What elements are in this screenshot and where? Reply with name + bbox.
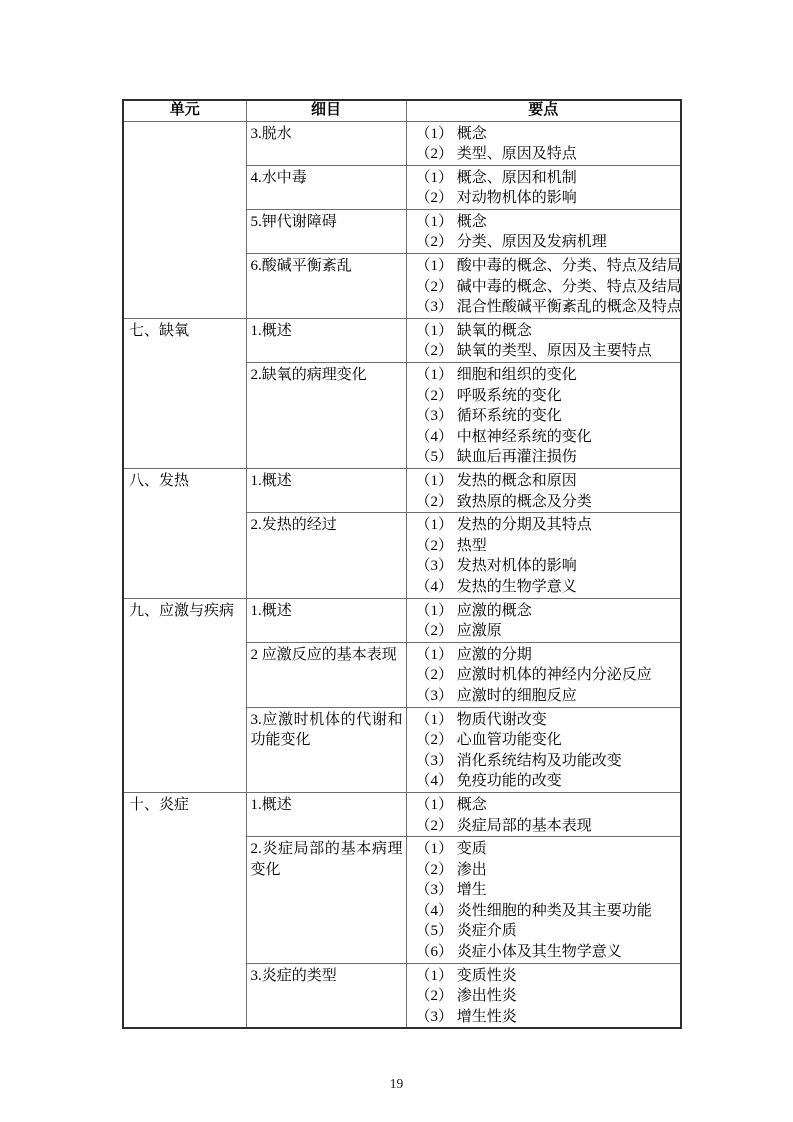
point-line: （2） 呼吸系统的变化 xyxy=(416,386,677,407)
point-line: （2） 应激原 xyxy=(416,621,677,642)
points-cell: （1） 发热的分期及其特点（2） 热型（3） 发热对机体的影响（4） 发热的生物… xyxy=(406,513,681,598)
table-row: 八、发热1.概述（1） 发热的概念和原因（2） 致热原的概念及分类 xyxy=(123,469,681,513)
point-line: （1） 概念 xyxy=(416,124,677,145)
table-row: 七、缺氧1.概述（1） 缺氧的概念（2） 缺氧的类型、原因及主要特点 xyxy=(123,318,681,362)
point-line: （2） 对动物机体的影响 xyxy=(416,188,677,209)
table-row: 3.脱水（1） 概念（2） 类型、原因及特点 xyxy=(123,121,681,165)
points-cell: （1） 概念（2） 类型、原因及特点 xyxy=(406,121,681,165)
points-cell: （1） 概念（2） 分类、原因及发病机理 xyxy=(406,209,681,253)
point-line: （2） 分类、原因及发病机理 xyxy=(416,232,677,253)
point-line: （1） 变质 xyxy=(416,839,677,860)
unit-cell: 十、炎症 xyxy=(123,792,246,1028)
item-cell: 3.脱水 xyxy=(246,121,406,165)
point-line: （1） 发热的分期及其特点 xyxy=(416,515,677,536)
points-cell: （1） 发热的概念和原因（2） 致热原的概念及分类 xyxy=(406,469,681,513)
points-cell: （1） 应激的概念（2） 应激原 xyxy=(406,598,681,642)
document-page: 单元 细目 要点 3.脱水（1） 概念（2） 类型、原因及特点4.水中毒（1） … xyxy=(0,0,793,1122)
points-cell: （1） 物质代谢改变（2） 心血管功能变化（3） 消化系统结构及功能改变（4） … xyxy=(406,707,681,792)
points-cell: （1） 概念（2） 炎症局部的基本表现 xyxy=(406,792,681,836)
item-cell: 1.概述 xyxy=(246,469,406,513)
item-cell: 1.概述 xyxy=(246,792,406,836)
item-cell: 3.炎症的类型 xyxy=(246,963,406,1028)
point-line: （2） 热型 xyxy=(416,536,677,557)
item-cell: 4.水中毒 xyxy=(246,165,406,209)
unit-cell: 八、发热 xyxy=(123,469,246,599)
point-line: （2） 应激时机体的神经内分泌反应 xyxy=(416,665,677,686)
item-cell: 1.概述 xyxy=(246,598,406,642)
item-cell: 5.钾代谢障碍 xyxy=(246,209,406,253)
point-line: （3） 发热对机体的影响 xyxy=(416,556,677,577)
point-line: （3） 增生性炎 xyxy=(416,1007,677,1028)
point-line: （1） 概念、原因和机制 xyxy=(416,168,677,189)
point-line: （1） 变质性炎 xyxy=(416,966,677,987)
unit-cell xyxy=(123,121,246,318)
item-cell: 1.概述 xyxy=(246,318,406,362)
item-cell: 3.应激时机体的代谢和功能变化 xyxy=(246,707,406,792)
item-cell: 2 应激反应的基本表现 xyxy=(246,642,406,707)
unit-cell: 七、缺氧 xyxy=(123,318,246,468)
points-cell: （1） 变质性炎（2） 渗出性炎（3） 增生性炎 xyxy=(406,963,681,1028)
point-line: （1） 细胞和组织的变化 xyxy=(416,365,677,386)
point-line: （1） 缺氧的概念 xyxy=(416,321,677,342)
points-cell: （1） 变质（2） 渗出（3） 增生（4） 炎性细胞的种类及其主要功能（5） 炎… xyxy=(406,837,681,964)
point-line: （5） 炎症介质 xyxy=(416,921,677,942)
table-row: 十、炎症1.概述（1） 概念（2） 炎症局部的基本表现 xyxy=(123,792,681,836)
point-line: （3） 应激时的细胞反应 xyxy=(416,686,677,707)
unit-cell: 九、应激与疾病 xyxy=(123,598,246,792)
point-line: （2） 致热原的概念及分类 xyxy=(416,492,677,513)
point-line: （3） 混合性酸碱平衡紊乱的概念及特点 xyxy=(416,297,677,318)
points-cell: （1） 应激的分期（2） 应激时机体的神经内分泌反应（3） 应激时的细胞反应 xyxy=(406,642,681,707)
item-cell: 2.发热的经过 xyxy=(246,513,406,598)
point-line: （1） 酸中毒的概念、分类、特点及结局 xyxy=(416,256,677,277)
point-line: （2） 缺氧的类型、原因及主要特点 xyxy=(416,341,677,362)
point-line: （1） 发热的概念和原因 xyxy=(416,471,677,492)
point-line: （5） 缺血后再灌注损伤 xyxy=(416,447,677,468)
point-line: （3） 增生 xyxy=(416,880,677,901)
point-line: （2） 炎症局部的基本表现 xyxy=(416,816,677,837)
header-row: 单元 细目 要点 xyxy=(123,100,681,121)
point-line: （1） 应激的分期 xyxy=(416,645,677,666)
point-line: （1） 物质代谢改变 xyxy=(416,710,677,731)
points-cell: （1） 细胞和组织的变化（2） 呼吸系统的变化（3） 循环系统的变化（4） 中枢… xyxy=(406,363,681,469)
point-line: （1） 概念 xyxy=(416,795,677,816)
points-cell: （1） 缺氧的概念（2） 缺氧的类型、原因及主要特点 xyxy=(406,318,681,362)
column-header-points: 要点 xyxy=(406,100,681,121)
syllabus-table: 单元 细目 要点 3.脱水（1） 概念（2） 类型、原因及特点4.水中毒（1） … xyxy=(122,99,682,1029)
column-header-unit: 单元 xyxy=(123,100,246,121)
point-line: （1） 应激的概念 xyxy=(416,601,677,622)
table-row: 九、应激与疾病1.概述（1） 应激的概念（2） 应激原 xyxy=(123,598,681,642)
point-line: （2） 渗出 xyxy=(416,860,677,881)
point-line: （2） 心血管功能变化 xyxy=(416,730,677,751)
point-line: （4） 炎性细胞的种类及其主要功能 xyxy=(416,901,677,922)
point-line: （2） 碱中毒的概念、分类、特点及结局 xyxy=(416,277,677,298)
point-line: （1） 概念 xyxy=(416,212,677,233)
point-line: （6） 炎症小体及其生物学意义 xyxy=(416,942,677,963)
item-cell: 2.炎症局部的基本病理变化 xyxy=(246,837,406,964)
point-line: （4） 免疫功能的改变 xyxy=(416,771,677,792)
point-line: （4） 中枢神经系统的变化 xyxy=(416,427,677,448)
points-cell: （1） 概念、原因和机制（2） 对动物机体的影响 xyxy=(406,165,681,209)
point-line: （3） 消化系统结构及功能改变 xyxy=(416,751,677,772)
page-number: 19 xyxy=(0,1076,793,1092)
point-line: （2） 渗出性炎 xyxy=(416,986,677,1007)
point-line: （2） 类型、原因及特点 xyxy=(416,144,677,165)
points-cell: （1） 酸中毒的概念、分类、特点及结局（2） 碱中毒的概念、分类、特点及结局（3… xyxy=(406,254,681,319)
point-line: （3） 循环系统的变化 xyxy=(416,406,677,427)
point-line: （4） 发热的生物学意义 xyxy=(416,577,677,598)
item-cell: 2.缺氧的病理变化 xyxy=(246,363,406,469)
item-cell: 6.酸碱平衡紊乱 xyxy=(246,254,406,319)
column-header-item: 细目 xyxy=(246,100,406,121)
